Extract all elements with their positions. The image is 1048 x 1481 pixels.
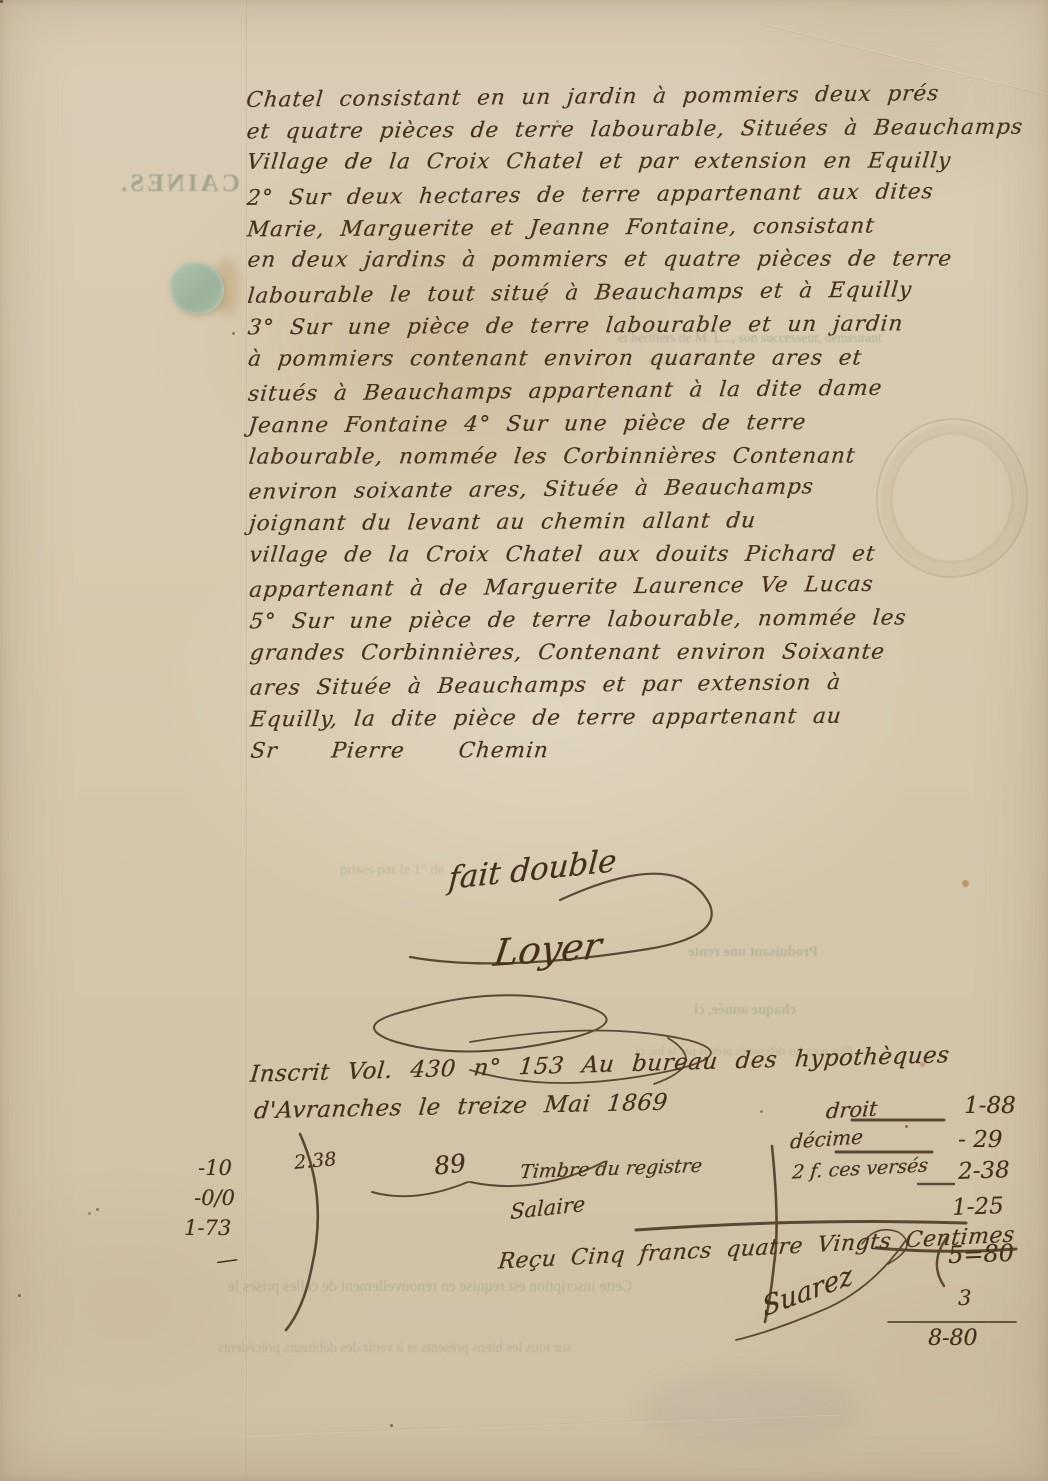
rust-speck (962, 880, 969, 887)
manuscript-line: Sr Pierre Chemin (248, 737, 1047, 771)
fee-subtotal: 5=80 (948, 1239, 1015, 1269)
manuscript-line: Marie, Marguerite et Jeanne Fontaine, co… (245, 212, 1044, 250)
manuscript-line: en deux jardins à pommiers et quatre piè… (245, 247, 1044, 281)
manuscript-line: village de la Croix Chatel aux douits Pi… (247, 541, 1046, 575)
fee-verses-label: 2 f. ces versés (791, 1154, 929, 1183)
manuscript-page: CAINES. et héritiers de M. L..., son suc… (0, 0, 1048, 1481)
manuscript-line: joignant du levant au chemin allant du (247, 506, 1046, 544)
loyer-signature: Loyer (491, 924, 604, 975)
bleedthrough-line: sur tous les biens présents et à venir d… (218, 1340, 572, 1357)
fee-decime-label: décime (789, 1124, 864, 1153)
margin-figure-2: -0/0 (194, 1186, 235, 1210)
stamp-remnant (170, 262, 224, 314)
manuscript-line: et quatre pièces de terre labourable, Si… (245, 114, 1044, 152)
margin-figure-1: -10 (198, 1156, 232, 1180)
manuscript-line: 5° Sur une pièce de terre labourable, no… (248, 605, 1047, 643)
fee-total: 8-80 (928, 1326, 977, 1351)
margin-figure-3: 1-73 (184, 1216, 231, 1240)
fee-droit-label: droit (825, 1097, 878, 1124)
margin-dash: — (214, 1247, 239, 1275)
manuscript-line: 3° Sur une pièce de terre labourable et … (246, 310, 1045, 348)
margin-reference: 89 (433, 1148, 468, 1180)
ink-specks (0, 0, 3, 3)
margin-calc: 2.38 (293, 1148, 337, 1174)
fee-droit-value: 1-88 (964, 1093, 1016, 1119)
fee-decime-value: - 29 (958, 1127, 1002, 1153)
bleedthrough-line: Produisant une rente (688, 944, 818, 961)
bleedthrough-title-fragment: CAINES. (118, 170, 240, 198)
recu-line: Reçu Cinq francs quatre Vingts Centimes (497, 1222, 1016, 1274)
fee-verses-value: 2-38 (958, 1157, 1011, 1185)
inscription-line-1: Inscrit Vol. 430 n° 153 Au bureau des hy… (249, 1042, 951, 1088)
manuscript-line: labourable, nommée les Corbinnières Cont… (247, 443, 1046, 477)
fee-carry: 3 (958, 1286, 971, 1310)
bleedthrough-line: Cette inscription est requise en renouve… (228, 1278, 632, 1296)
manuscript-line: Jeanne Fontaine 4° Sur une pièce de terr… (246, 408, 1045, 446)
manuscript-line: grandes Corbinnières, Contenant environ … (248, 639, 1047, 673)
fee-timbre-label: Timbre du registre (519, 1155, 703, 1183)
suarez-signature: Suarez (760, 1260, 855, 1324)
fee-salaire-value: 1-25 (952, 1193, 1005, 1221)
paper-smudge (640, 1370, 860, 1450)
inscription-line-2: d'Avranches le treize Mai 1869 (253, 1090, 669, 1125)
manuscript-line: à pommiers contenant environ quarante ar… (246, 345, 1045, 379)
manuscript-line: Village de la Croix Chatel et par extens… (245, 149, 1044, 183)
bleedthrough-line: chaque année, ci (694, 1002, 796, 1019)
fee-salaire-label: Salaire (510, 1192, 586, 1224)
manuscript-body: Chatel consistant en un jardin à pommier… (246, 82, 1046, 773)
fait-double-note: fait double (447, 843, 617, 897)
manuscript-line: Equilly, la dite pièce de terre apparten… (248, 703, 1047, 741)
bleedthrough-line: prises par le 1° de (340, 862, 444, 879)
